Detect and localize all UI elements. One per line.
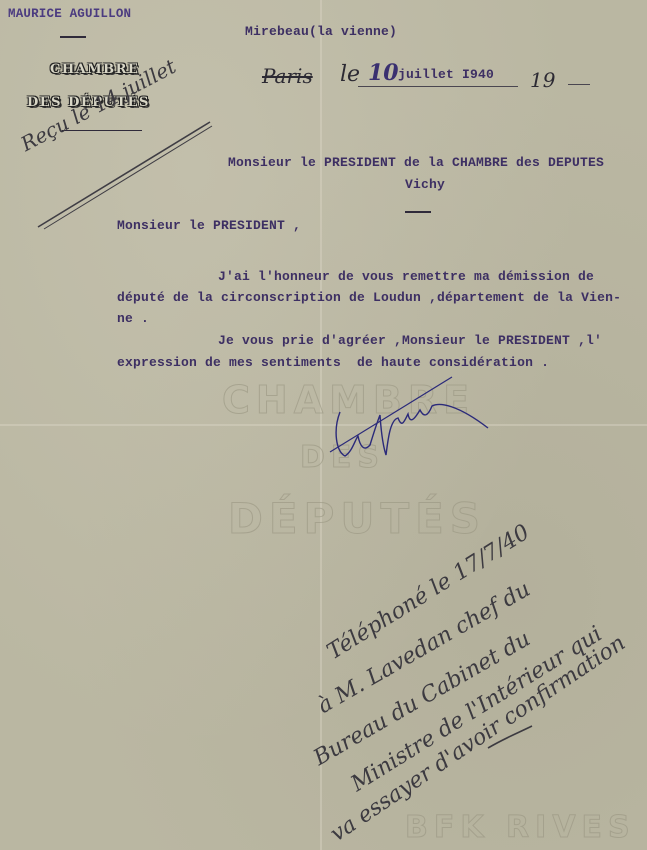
month-year-typed: juillet I940 bbox=[398, 67, 494, 82]
watermark-des: DES bbox=[300, 440, 385, 475]
watermark-deputes: DÉPUTÉS bbox=[228, 494, 486, 543]
letterhead-rule bbox=[60, 36, 86, 38]
watermark-bfk-rives: BFK RIVES bbox=[405, 810, 636, 845]
body-p1-line1: J'ai l'honneur de vous remettre ma démis… bbox=[218, 269, 594, 284]
day-handwritten: 10 bbox=[368, 60, 399, 86]
institution-chambre: CHAMBRE bbox=[50, 62, 139, 77]
fold-crease-horizontal bbox=[0, 424, 647, 426]
body-p1-line2: député de la circonscription de Loudun ,… bbox=[117, 290, 621, 305]
century-underline bbox=[568, 84, 590, 85]
printed-place-struck: Paris bbox=[262, 64, 313, 88]
body-p1-line3: ne . bbox=[117, 311, 149, 326]
addressee-city: Vichy bbox=[405, 177, 445, 192]
body-p2-line1: Je vous prie d'agréer ,Monsieur le PRESI… bbox=[218, 333, 602, 348]
addressee-line: Monsieur le PRESIDENT de la CHAMBRE des … bbox=[228, 155, 604, 170]
salutation: Monsieur le PRESIDENT , bbox=[117, 218, 301, 233]
location-typed: Mirebeau(la vienne) bbox=[245, 24, 397, 39]
date-underline bbox=[358, 86, 518, 87]
watermark-chambre: CHAMBRE bbox=[222, 378, 475, 422]
letter-paper: CHAMBRE DES DÉPUTÉS BFK RIVES MAURICE AG… bbox=[0, 0, 647, 850]
body-p2-line2: expression de mes sentiments de haute co… bbox=[117, 355, 549, 370]
addressee-rule bbox=[405, 211, 431, 213]
sender-name: MAURICE AGUILLON bbox=[8, 7, 131, 21]
printed-le: le bbox=[340, 62, 360, 87]
printed-century: 19 bbox=[530, 68, 555, 92]
